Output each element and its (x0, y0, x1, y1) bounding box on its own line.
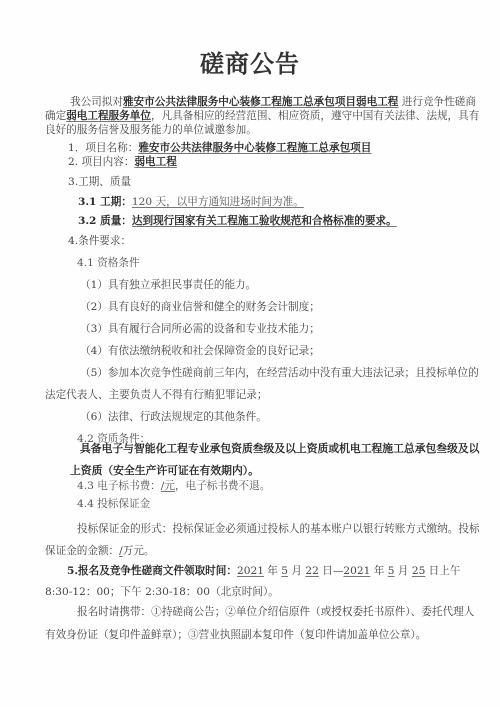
section-5-label: 5.报名及竞争性磋商文件领取时间： (67, 565, 237, 577)
section-1-value: 雅安市公共法律服务中心装修工程施工总承包项目 (138, 142, 371, 154)
intro-p2-suffix: ，凡具备相应的经营范围、相应资质，遵守中国有关法律、法规，具有 (151, 110, 479, 122)
intro-line-3: 良好的服务信誉及服务能力的单位诚邀参加。 (45, 123, 257, 137)
section-3-1: 3.1 工期：120 天，以甲方通知进场时间为准。 (78, 195, 304, 209)
condition-3: （3）具有履行合同所必需的设备和专业技术能力； (80, 322, 320, 336)
section-4-1: 4.1 资格条件 (77, 256, 140, 270)
start-day: 22 (305, 565, 318, 577)
section-2-value: 弱电工程 (134, 156, 176, 168)
condition-2: （2）具有良好的商业信誉和健全的财务会计制度； (80, 300, 320, 314)
section-4-3-label: 4.3 电子标书费： (77, 480, 161, 492)
section-3-2-label: 3.2 质量： (78, 215, 132, 227)
intro-p2-prefix: 确定 (45, 110, 66, 122)
intro-project-name: 雅安市公共法律服务中心装修工程施工总承包项目弱电工程 (123, 96, 398, 108)
section-1: 1．项目名称：雅安市公共法律服务中心装修工程施工总承包项目 (68, 141, 371, 155)
end-day: 25 (412, 565, 425, 577)
section-2: 2. 项目内容：弱电工程 (68, 155, 177, 169)
condition-6: （6）法律、行政法规规定的其他条件。 (80, 410, 267, 424)
start-year: 2021 (237, 565, 264, 577)
unit-year: 年 (264, 565, 281, 577)
tender-fee-value: /元 (161, 480, 175, 492)
qualification-line-1: 具备电子与智能化工程专业承包资质叁级及以上资质或机电工程施工总承包叁级及以 (80, 442, 479, 456)
section-4: 4.条件要求： (68, 234, 131, 248)
unit-day-dash: 日— (319, 565, 344, 577)
unit-month: 月 (288, 565, 305, 577)
section-4-3: 4.3 电子标书费：/元，电子标书费不退。 (77, 479, 270, 493)
deposit-line-2: 保证金的金额：/万元。 (45, 544, 155, 558)
condition-5-cont: 法定代表人、主要负责人不得有行贿犯罪记录； (45, 388, 267, 402)
section-4-4: 4.4 投标保证金 (77, 497, 150, 511)
section-3-2-value: 达到现行国家有关工程施工验收规范和合格标准的要求。 (132, 215, 397, 227)
intro-line-1: 我公司拟对雅安市公共法律服务中心装修工程施工总承包项目弱电工程 进行竞争性磋商 (70, 95, 476, 109)
document-title: 磋商公告 (0, 44, 500, 79)
deposit-unit: 万元。 (123, 545, 155, 557)
unit-month-2: 月 (394, 565, 411, 577)
deposit-line-1: 投标保证金的形式：投标保证金必须通过投标人的基本账户以银行转账方式缴纳。投标 (77, 522, 480, 536)
document-page: 磋商公告 我公司拟对雅安市公共法律服务中心装修工程施工总承包项目弱电工程 进行竞… (0, 0, 500, 707)
end-year: 2021 (343, 565, 370, 577)
bring-line-1: 报名时请携带：①持磋商公告；②单位介绍信原件（或授权委托书原件）、委托代理人 (77, 605, 474, 619)
section-2-label: 2. 项目内容： (68, 156, 134, 168)
section-1-label: 1．项目名称： (68, 142, 138, 154)
section-3-1-label: 3.1 工期： (78, 196, 132, 208)
bring-line-2: 有效身份证（复印件盖鲜章）；③营业执照副本复印件（复印件请加盖单位公章）。 (45, 628, 426, 642)
section-4-3-suffix: ，电子标书费不退。 (175, 480, 270, 492)
section-5: 5.报名及竞争性磋商文件领取时间：2021 年 5 月 22 日—2021 年 … (67, 564, 460, 578)
intro-prefix: 我公司拟对 (70, 96, 123, 108)
intro-suffix: 进行竞争性磋商 (398, 96, 476, 108)
intro-unit: 弱电工程服务单位 (66, 110, 151, 122)
intro-line-2: 确定弱电工程服务单位，凡具备相应的经营范围、相应资质，遵守中国有关法律、法规，具… (45, 109, 479, 123)
condition-5: （5）参加本次竞争性磋商前三年内，在经营活动中没有重大违法记录；且投标单位的 (80, 366, 479, 380)
condition-1: （1）具有独立承担民事责任的能力。 (80, 278, 256, 292)
unit-year-2: 年 (370, 565, 387, 577)
unit-day-end: 日上午 (425, 565, 460, 577)
section-3-1-value: 120 天，以甲方通知进场时间为准。 (132, 196, 304, 208)
condition-4: （4）有依法缴纳税收和社会保障资金的良好记录； (80, 344, 320, 358)
deposit-label: 保证金的金额： (45, 545, 119, 557)
section-3-2: 3.2 质量：达到现行国家有关工程施工验收规范和合格标准的要求。 (78, 214, 397, 228)
qualification-line-2: 上资质（安全生产许可证在有效期内）。 (70, 464, 259, 478)
section-3: 3.工期、质量 (68, 175, 131, 189)
section-5-hours: 8:30-12：00；下午 2:30-18：00（北京时间）。 (45, 585, 279, 599)
